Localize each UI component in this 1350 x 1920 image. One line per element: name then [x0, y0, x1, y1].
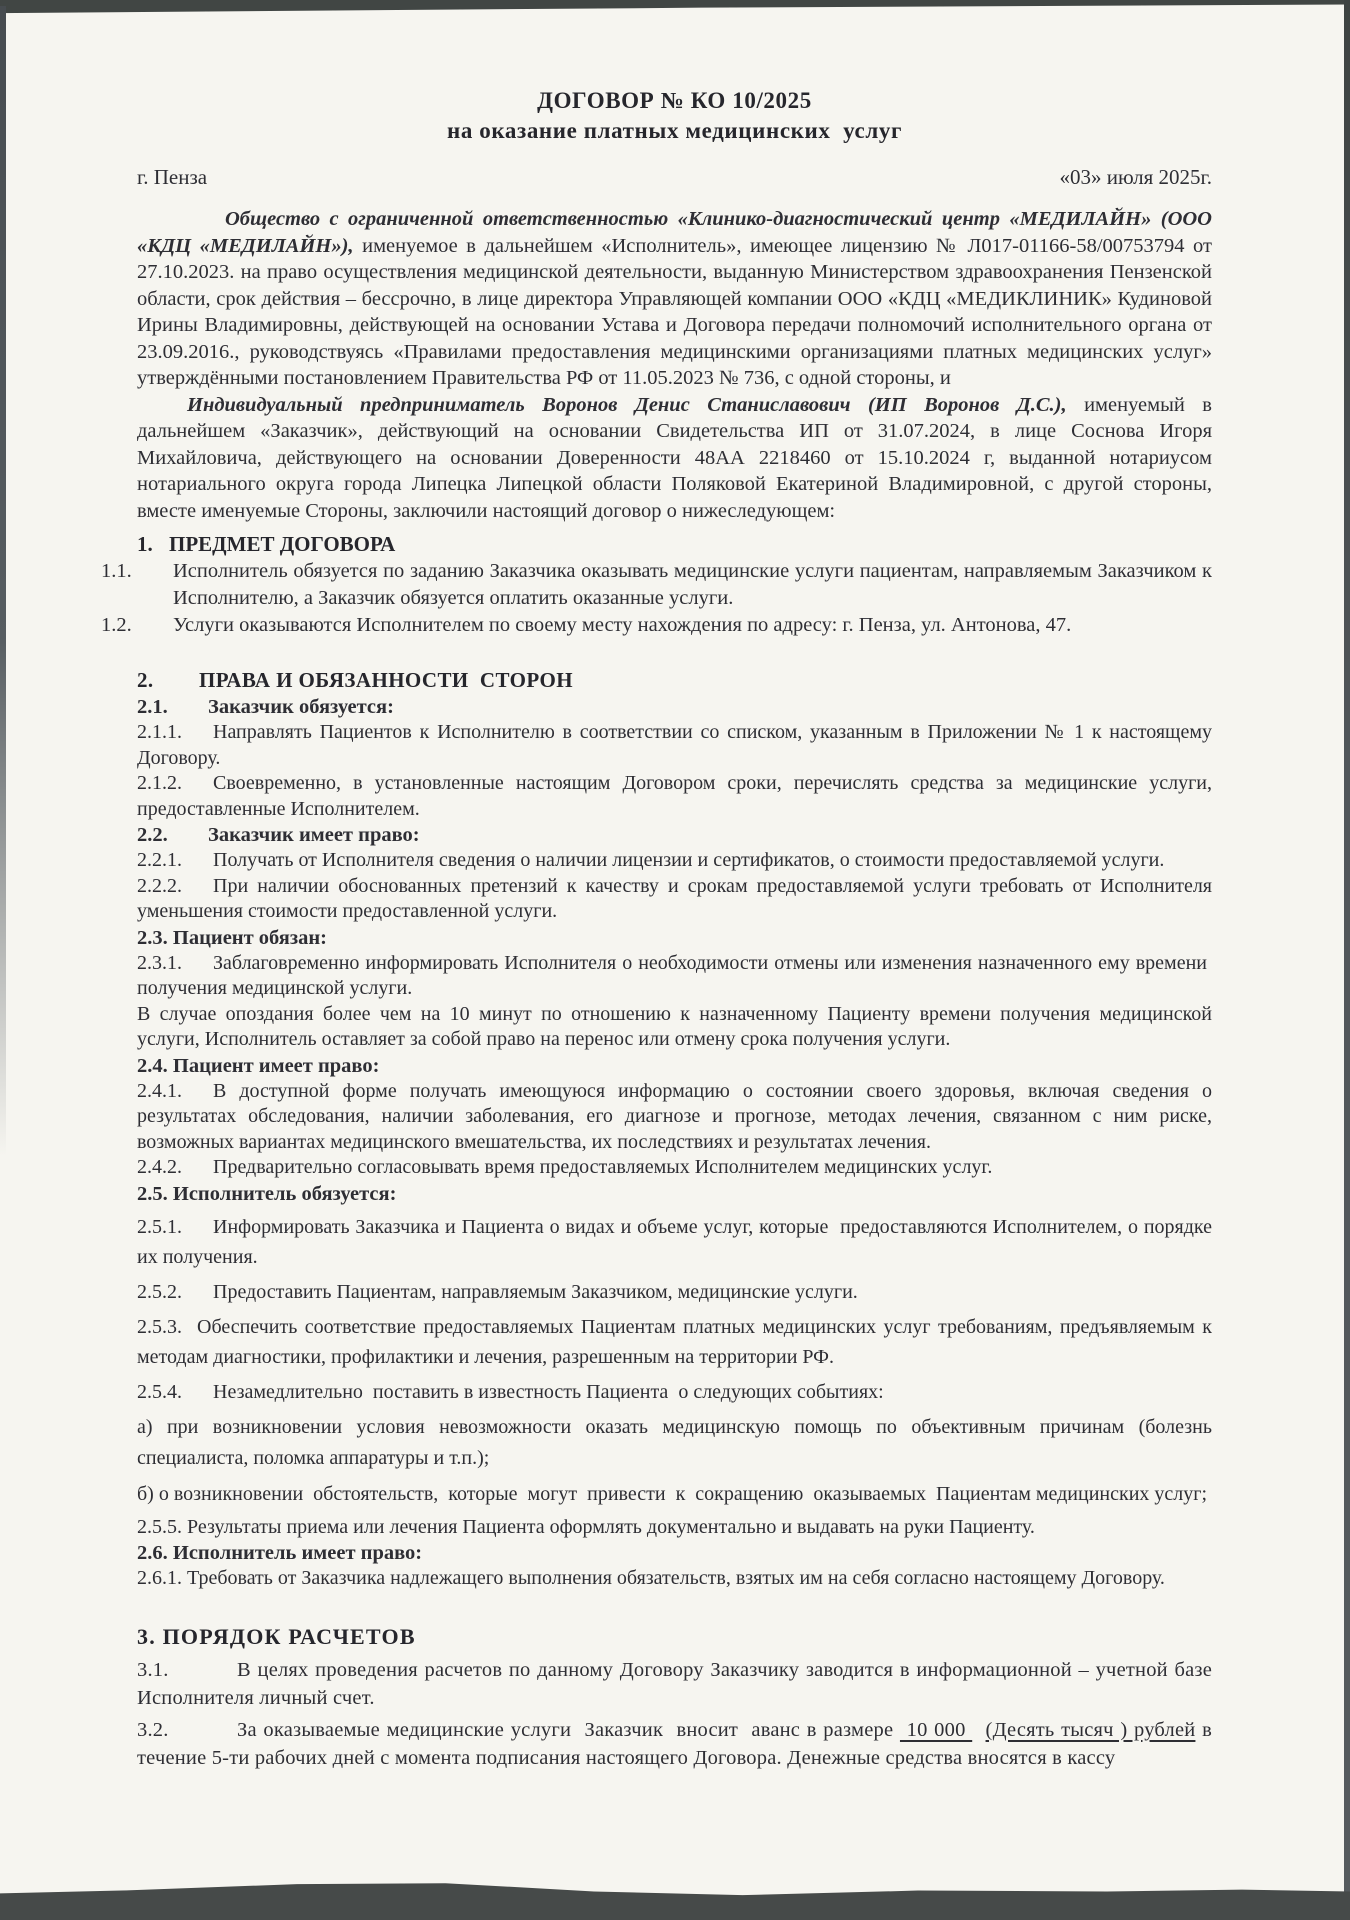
clause-number: 2.5.4.: [137, 1377, 213, 1407]
clause-text: Пациент имеет право:: [173, 1055, 380, 1077]
clause-text: Услуги оказываются Исполнителем по своем…: [173, 614, 1071, 636]
clause-text: В целях проведения расчетов по данному Д…: [137, 1659, 1212, 1709]
clause-text: Получать от Исполнителя сведения о налич…: [213, 849, 1164, 871]
document-subtitle: на оказание платных медицинских услуг: [137, 116, 1212, 146]
section-2-heading: 2.ПРАВА И ОБЯЗАННОСТИ СТОРОН: [137, 667, 1212, 694]
clause-number: 3.1.: [137, 1656, 237, 1684]
clause-number: 2.4.1.: [137, 1079, 213, 1105]
clause-number: 2.5.1.: [137, 1212, 213, 1242]
clause-text: Незамедлительно поставить в известность …: [213, 1381, 884, 1403]
clause-number: 2.5.5.: [137, 1516, 182, 1538]
clause-text: Предварительно согласовывать время предо…: [213, 1156, 992, 1178]
clause-text: При наличии обоснованных претензий к кач…: [137, 875, 1212, 923]
clause-text: Предоставить Пациентам, направляемым Зак…: [213, 1281, 858, 1303]
preamble-paragraph-customer: Индивидуальный предприниматель Воронов Д…: [137, 392, 1212, 525]
clause-number: 2.2.1.: [137, 848, 213, 874]
preamble-paragraph-executor: Общество с ограниченной ответственностью…: [137, 206, 1212, 392]
subsection-2-2: 2.2.Заказчик имеет право:: [137, 822, 1212, 848]
subsection-2-3: 2.3. Пациент обязан:: [137, 925, 1212, 951]
clause-text: В доступной форме получать имеющуюся инф…: [137, 1080, 1212, 1153]
clause-number: 2.6.1.: [137, 1567, 182, 1589]
clause-text: Заказчик обязуется:: [208, 696, 394, 718]
clause-number: 2.1.2.: [137, 771, 213, 797]
clause-2-3-1: 2.3.1.Заблаговременно информировать Испо…: [137, 951, 1212, 1002]
date-label: «03» июля 2025г.: [1059, 164, 1212, 190]
clause-number: 2.2.2.: [137, 874, 213, 900]
city-label: г. Пенза: [137, 164, 207, 190]
clause-2-5-4-item-a: а) при возникновении условия невозможнос…: [137, 1412, 1212, 1474]
section-2-title: ПРАВА И ОБЯЗАННОСТИ СТОРОН: [199, 668, 573, 692]
document-title: ДОГОВОР № КО 10/2025: [137, 86, 1212, 116]
clause-number: 2.4.: [137, 1055, 168, 1077]
clause-2-5-1: 2.5.1.Информировать Заказчика и Пациента…: [137, 1212, 1212, 1272]
executor-details: именуемое в дальнейшем «Исполнитель», им…: [137, 235, 1212, 390]
clause-2-2-2: 2.2.2.При наличии обоснованных претензий…: [137, 874, 1212, 925]
clause-number: 2.1.1.: [137, 720, 213, 746]
clause-2-5-4: 2.5.4.Незамедлительно поставить в извест…: [137, 1377, 1212, 1407]
clause-number: 2.3.1.: [137, 951, 213, 977]
clause-1-2: 1.2.Услуги оказываются Исполнителем по с…: [137, 612, 1212, 639]
clause-1-1: 1.1.Исполнитель обязуется по заданию Зак…: [137, 558, 1212, 612]
section-3-heading: 3. ПОРЯДОК РАСЧЕТОВ: [137, 1622, 1212, 1652]
clause-text: Требовать от Заказчика надлежащего выпол…: [187, 1567, 1165, 1589]
clause-number: 2.4.2.: [137, 1155, 213, 1181]
clause-number: 2.1.: [137, 694, 208, 720]
clause-text: Исполнитель обязуется по заданию Заказчи…: [173, 560, 1212, 609]
clause-number: 1.2.: [137, 612, 173, 639]
clause-text: Направлять Пациентов к Исполнителю в соо…: [137, 721, 1212, 769]
scan-edge-top: [0, 0, 1350, 16]
clause-2-1-1: 2.1.1.Направлять Пациентов к Исполнителю…: [137, 720, 1212, 771]
clause-text: Обеспечить соответствие предоставляемых …: [137, 1316, 1212, 1368]
clause-text: Заблаговременно информировать Исполнител…: [137, 952, 1212, 1000]
advance-amount-digits: 10 000: [900, 1719, 972, 1741]
scan-edge-bottom: [0, 1874, 1350, 1920]
clause-text: Исполнитель обязуется:: [173, 1183, 397, 1205]
clause-2-4-1: 2.4.1.В доступной форме получать имеющую…: [137, 1079, 1212, 1156]
subsection-2-5: 2.5. Исполнитель обязуется:: [137, 1181, 1212, 1207]
clause-2-5-3: 2.5.3.Обеспечить соответствие предоставл…: [137, 1312, 1212, 1372]
section-2-number: 2.: [137, 667, 199, 694]
clause-2-5-2: 2.5.2.Предоставить Пациентам, направляем…: [137, 1277, 1212, 1307]
clause-text: Заказчик имеет право:: [208, 824, 420, 846]
clause-2-4-2: 2.4.2.Предварительно согласовывать время…: [137, 1155, 1212, 1181]
clause-text: Информировать Заказчика и Пациента о вид…: [137, 1216, 1212, 1268]
clause-2-6-1: 2.6.1. Требовать от Заказчика надлежащег…: [137, 1566, 1212, 1592]
clause-2-2-1: 2.2.1.Получать от Исполнителя сведения о…: [137, 848, 1212, 874]
clause-text: Пациент обязан:: [173, 927, 327, 949]
clause-text: Своевременно, в установленные настоящим …: [137, 772, 1212, 820]
section-1-title: ПРЕДМЕТ ДОГОВОРА: [169, 532, 395, 556]
clause-number: 2.5.: [137, 1183, 168, 1205]
clause-number: 2.2.: [137, 822, 208, 848]
subsection-2-6: 2.6. Исполнитель имеет право:: [137, 1540, 1212, 1566]
scan-edge-right: [1344, 0, 1350, 1920]
advance-amount-words: (Десять тысяч ) рублей: [986, 1719, 1196, 1741]
document-body: ДОГОВОР № КО 10/2025 на оказание платных…: [137, 86, 1212, 1772]
clause-number: 2.5.2.: [137, 1277, 213, 1307]
clause-text: За оказываемые медицинские услуги Заказч…: [237, 1719, 893, 1741]
clause-number: 3.2.: [137, 1716, 237, 1744]
clause-2-5-5: 2.5.5. Результаты приема или лечения Пац…: [137, 1515, 1212, 1541]
late-arrival-paragraph: В случае опоздания более чем на 10 минут…: [137, 1002, 1212, 1053]
section-1-number: 1.: [137, 530, 169, 558]
clause-3-1: 3.1.В целях проведения расчетов по данно…: [137, 1656, 1212, 1712]
section-1-heading: 1.ПРЕДМЕТ ДОГОВОРА: [137, 530, 1212, 558]
clause-number: 1.1.: [137, 558, 173, 585]
clause-2-5-4-item-b: б) о возникновении обстоятельств, которы…: [137, 1479, 1212, 1510]
clause-text: Исполнитель имеет право:: [173, 1542, 422, 1564]
clause-2-1-2: 2.1.2.Своевременно, в установленные наст…: [137, 771, 1212, 822]
clause-3-2: 3.2.За оказываемые медицинские услуги За…: [137, 1716, 1212, 1772]
clause-text: Результаты приема или лечения Пациента о…: [187, 1516, 1035, 1538]
subsection-2-4: 2.4. Пациент имеет право:: [137, 1053, 1212, 1079]
clause-number: 2.5.3.: [137, 1312, 197, 1342]
scan-edge-left: [0, 6, 6, 1156]
meta-row: г. Пенза «03» июля 2025г.: [137, 164, 1212, 190]
clause-number: 2.3.: [137, 927, 168, 949]
customer-name: Индивидуальный предприниматель Воронов Д…: [187, 394, 1067, 416]
scanned-contract-page: ДОГОВОР № КО 10/2025 на оказание платных…: [0, 0, 1350, 1920]
clause-number: 2.6.: [137, 1542, 168, 1564]
subsection-2-1: 2.1.Заказчик обязуется:: [137, 694, 1212, 720]
